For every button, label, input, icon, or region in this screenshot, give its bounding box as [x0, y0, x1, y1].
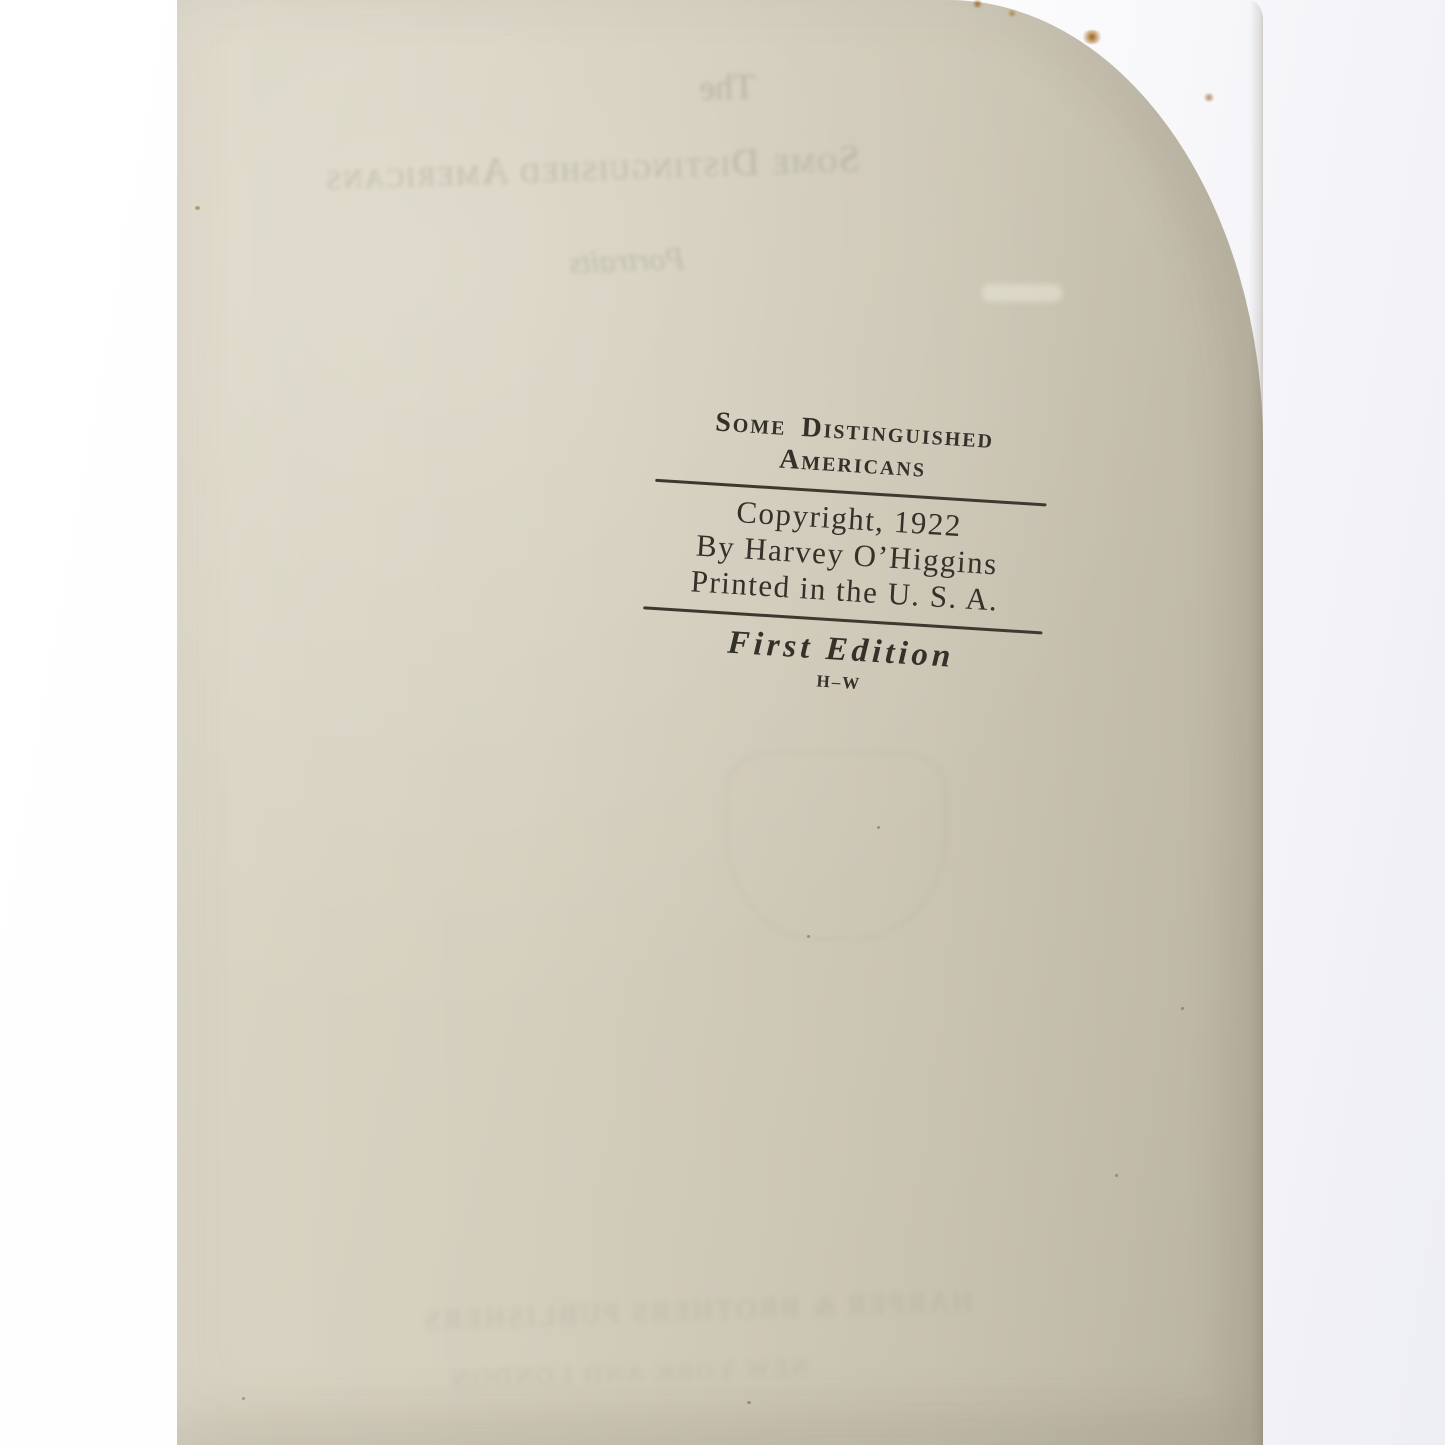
foxing-spot [1082, 30, 1102, 44]
copyright-block: Some Distinguished Americans Copyright, … [607, 400, 1088, 709]
paper-speck [242, 1397, 245, 1400]
blind-stamp-impression [725, 752, 947, 940]
foxing-spot [972, 0, 983, 8]
paper-speck [1181, 1007, 1184, 1010]
show-through-text-title: Some Distinguished Americans [306, 136, 877, 200]
show-through-text-the: The [656, 64, 797, 111]
book-page-photo: The Some Distinguished Americans Portrai… [0, 0, 1445, 1445]
page-curvature-shading [177, 0, 1263, 1445]
book-page: The Some Distinguished Americans Portrai… [177, 0, 1263, 1445]
foxing-spot [1203, 93, 1215, 102]
paper-speck [1115, 1174, 1118, 1177]
paper-smudge [982, 284, 1062, 302]
paper-speck [807, 935, 810, 938]
foxing-spot [1007, 10, 1017, 17]
show-through-publisher-line-2: NEW YORK AND LONDON [465, 1354, 810, 1394]
paper-speck [195, 206, 200, 210]
paper-speck [747, 1401, 751, 1404]
show-through-text-portraits: Portraits [496, 237, 757, 283]
paper-speck [877, 826, 880, 829]
show-through-publisher-line-1: HARPER & BROTHERS PUBLISHERS [417, 1286, 978, 1338]
